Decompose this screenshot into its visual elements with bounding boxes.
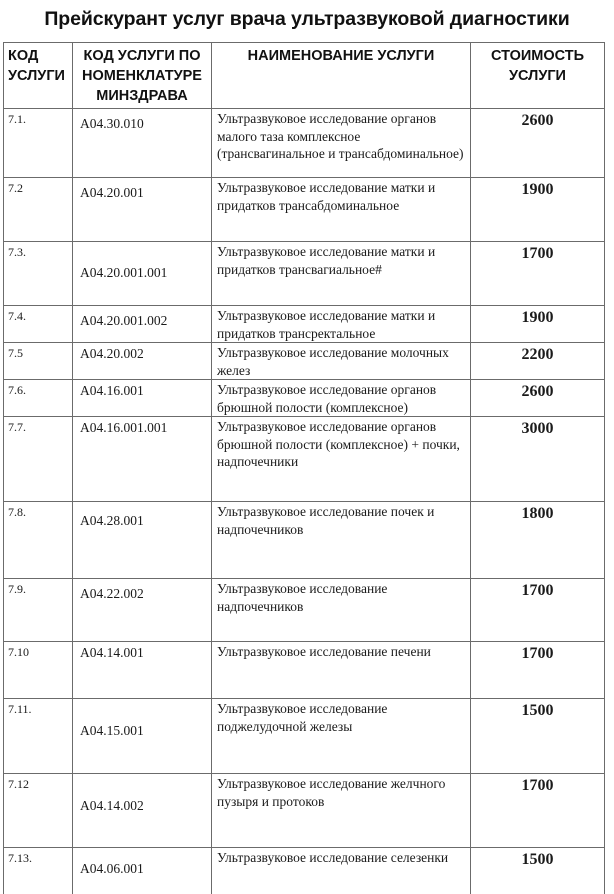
row-price: 1700	[471, 642, 605, 699]
table-row: 7.12A04.14.002Ультразвуковое исследовани…	[4, 774, 605, 848]
row-price: 1700	[471, 774, 605, 848]
row-code: 7.10	[4, 642, 73, 699]
row-ministry-code: A04.06.001	[73, 848, 212, 894]
row-code: 7.12	[4, 774, 73, 848]
row-price: 1500	[471, 848, 605, 894]
row-ministry-code: A04.16.001.001	[73, 417, 212, 502]
page-title: Прейскурант услуг врача ультразвуковой д…	[0, 8, 614, 31]
row-ministry-code: A04.28.001	[73, 502, 212, 579]
table-row: 7.6.A04.16.001Ультразвуковое исследовани…	[4, 380, 605, 417]
row-ministry-code: A04.20.001.001	[73, 242, 212, 306]
table-row: 7.11.A04.15.001Ультразвуковое исследован…	[4, 699, 605, 774]
row-code: 7.8.	[4, 502, 73, 579]
row-service-name: Ультразвуковое исследование молочных жел…	[212, 343, 471, 380]
row-service-name: Ультразвуковое исследование органов брюш…	[212, 380, 471, 417]
row-price: 3000	[471, 417, 605, 502]
table-row: 7.4.A04.20.001.002Ультразвуковое исследо…	[4, 306, 605, 343]
row-ministry-code: A04.22.002	[73, 579, 212, 642]
row-service-name: Ультразвуковое исследование органов мало…	[212, 109, 471, 178]
table-row: 7.13.A04.06.001Ультразвуковое исследован…	[4, 848, 605, 894]
price-table: КОД УСЛУГИ КОД УСЛУГИ ПО НОМЕНКЛАТУРЕ МИ…	[3, 42, 605, 894]
row-service-name: Ультразвуковое исследование почек и надп…	[212, 502, 471, 579]
table-row: 7.7.A04.16.001.001Ультразвуковое исследо…	[4, 417, 605, 502]
header-price: СТОИМОСТЬ УСЛУГИ	[471, 43, 605, 109]
row-service-name: Ультразвуковое исследование печени	[212, 642, 471, 699]
row-service-name: Ультразвуковое исследование желчного пуз…	[212, 774, 471, 848]
table-row: 7.5A04.20.002Ультразвуковое исследование…	[4, 343, 605, 380]
row-service-name: Ультразвуковое исследование селезенки	[212, 848, 471, 894]
table-row: 7.1.A04.30.010Ультразвуковое исследовани…	[4, 109, 605, 178]
row-ministry-code: A04.15.001	[73, 699, 212, 774]
row-service-name: Ультразвуковое исследование надпочечнико…	[212, 579, 471, 642]
row-code: 7.2	[4, 178, 73, 242]
row-price: 1700	[471, 579, 605, 642]
row-ministry-code: A04.14.002	[73, 774, 212, 848]
row-code: 7.9.	[4, 579, 73, 642]
header-ministry-code: КОД УСЛУГИ ПО НОМЕНКЛАТУРЕ МИНЗДРАВА	[73, 43, 212, 109]
row-code: 7.11.	[4, 699, 73, 774]
row-ministry-code: A04.30.010	[73, 109, 212, 178]
row-code: 7.13.	[4, 848, 73, 894]
row-code: 7.5	[4, 343, 73, 380]
row-code: 7.7.	[4, 417, 73, 502]
row-price: 1900	[471, 178, 605, 242]
row-service-name: Ультразвуковое исследование органов брюш…	[212, 417, 471, 502]
row-price: 1900	[471, 306, 605, 343]
row-service-name: Ультразвуковое исследование поджелудочно…	[212, 699, 471, 774]
row-price: 1500	[471, 699, 605, 774]
row-ministry-code: A04.14.001	[73, 642, 212, 699]
row-code: 7.1.	[4, 109, 73, 178]
row-price: 1700	[471, 242, 605, 306]
row-price: 2600	[471, 109, 605, 178]
row-ministry-code: A04.20.001	[73, 178, 212, 242]
row-ministry-code: A04.20.002	[73, 343, 212, 380]
row-price: 2200	[471, 343, 605, 380]
header-code: КОД УСЛУГИ	[4, 43, 73, 109]
row-code: 7.4.	[4, 306, 73, 343]
row-code: 7.6.	[4, 380, 73, 417]
row-service-name: Ультразвуковое исследование матки и прид…	[212, 306, 471, 343]
table-row: 7.3.A04.20.001.001Ультразвуковое исследо…	[4, 242, 605, 306]
row-code: 7.3.	[4, 242, 73, 306]
table-row: 7.9.A04.22.002Ультразвуковое исследовани…	[4, 579, 605, 642]
row-service-name: Ультразвуковое исследование матки и прид…	[212, 178, 471, 242]
table-row: 7.2A04.20.001Ультразвуковое исследование…	[4, 178, 605, 242]
header-name: НАИМЕНОВАНИЕ УСЛУГИ	[212, 43, 471, 109]
table-header-row: КОД УСЛУГИ КОД УСЛУГИ ПО НОМЕНКЛАТУРЕ МИ…	[4, 43, 605, 109]
row-price: 2600	[471, 380, 605, 417]
table-row: 7.8.A04.28.001Ультразвуковое исследовани…	[4, 502, 605, 579]
row-price: 1800	[471, 502, 605, 579]
table-row: 7.10A04.14.001Ультразвуковое исследовани…	[4, 642, 605, 699]
row-ministry-code: A04.20.001.002	[73, 306, 212, 343]
row-service-name: Ультразвуковое исследование матки и прид…	[212, 242, 471, 306]
row-ministry-code: A04.16.001	[73, 380, 212, 417]
